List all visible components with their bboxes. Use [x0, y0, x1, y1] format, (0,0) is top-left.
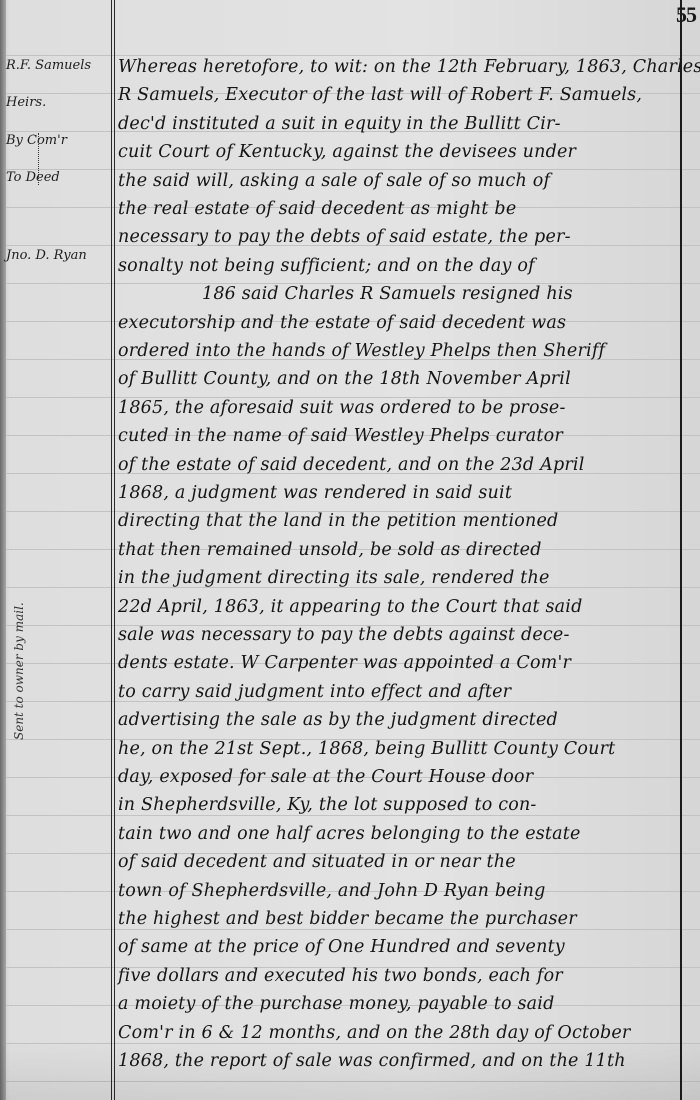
- margin-note-commissioner: By Com'r: [6, 133, 67, 148]
- page-number: 55: [676, 2, 696, 28]
- brace-mark: [38, 133, 45, 185]
- margin-rule-line: [111, 0, 112, 1100]
- margin-rule-line-double: [114, 0, 115, 1100]
- margin-note-heirs: Heirs.: [6, 95, 46, 110]
- text-line: 1868, the report of sale was confirmed, …: [118, 1042, 626, 1080]
- ledger-page: 55 R.F. Samuels Heirs. By Com'r To Deed …: [0, 0, 700, 1100]
- margin-note-deed: To Deed: [6, 170, 60, 185]
- margin-note-grantor: R.F. Samuels: [6, 58, 91, 73]
- page-binding-edge: [0, 0, 6, 1100]
- margin-note-grantee: Jno. D. Ryan: [6, 248, 87, 263]
- vertical-margin-note: Sent to owner by mail.: [12, 602, 26, 740]
- right-rule-line: [680, 0, 682, 1100]
